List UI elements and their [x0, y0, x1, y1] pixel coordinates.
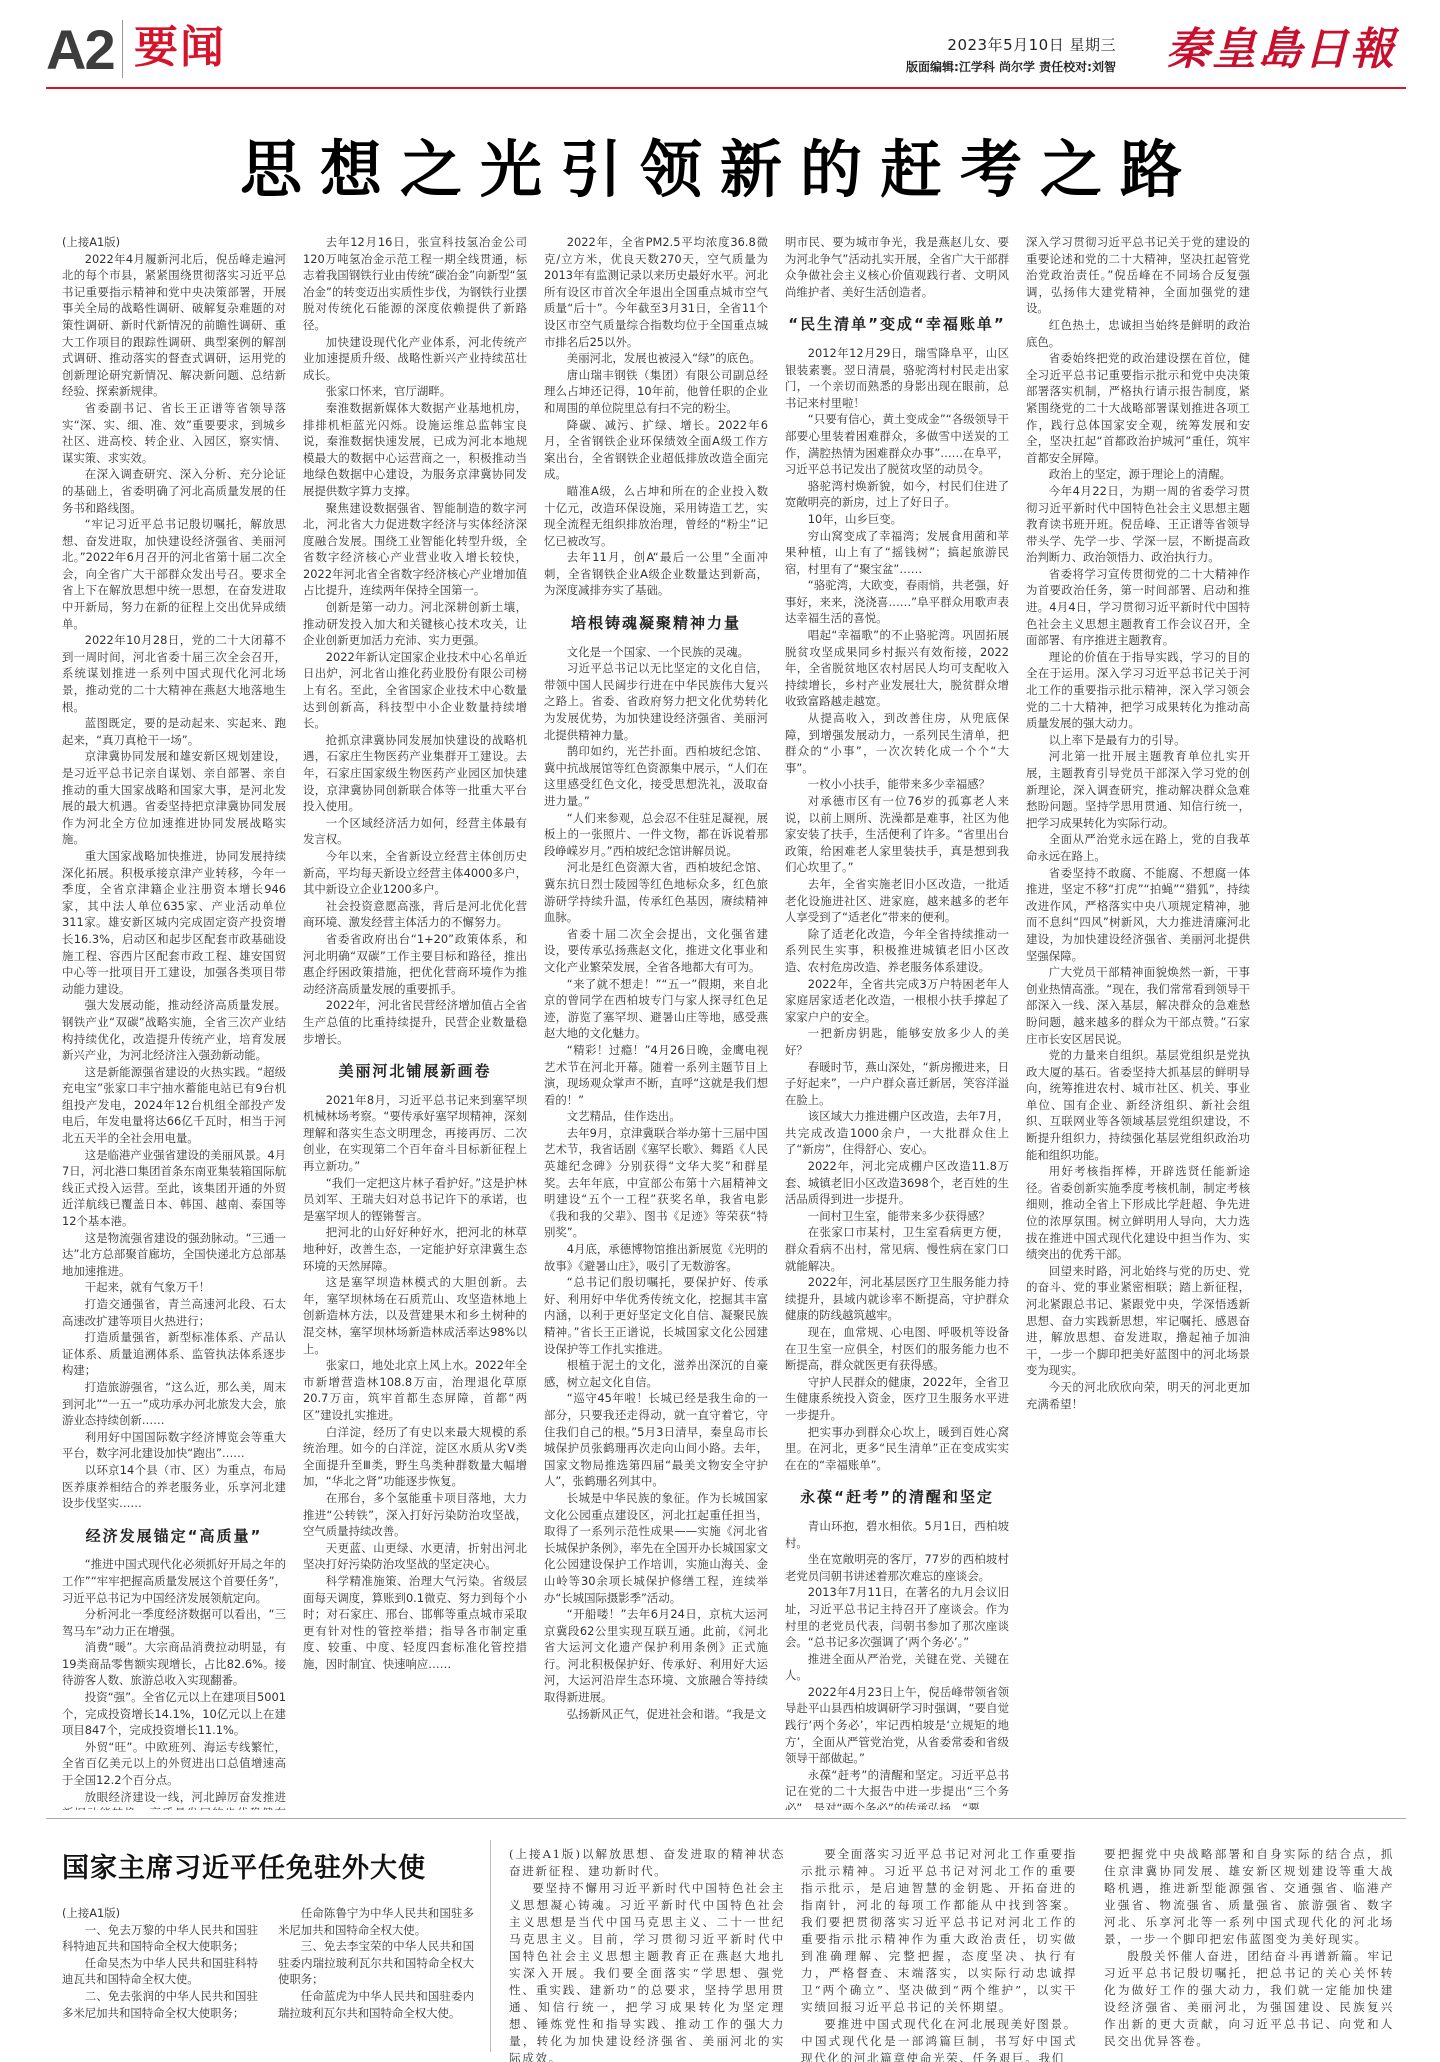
article-paragraph: 习近平总书记以无比坚定的文化自信，带领中国人民阔步行进在中华民族伟大复兴之路上。… [544, 660, 768, 743]
article-paragraph: 去年9月，京津冀联合举办第十三届中国艺术节，我省话剧《塞罕长歌》、舞蹈《人民英雄… [544, 1125, 768, 1241]
article-paragraph: 政治上的坚定，源于理论上的清醒。 [1026, 466, 1250, 483]
article-paragraph: 在邢台，多个氢能重卡项目落地，大力推进“公转铁”，深入打好污染防治攻坚战，空气质… [303, 1490, 527, 1540]
article-paragraph: 在深入调查研究、深入分析、充分论证的基础上，省委明确了河北高质量发展的任务书和路… [62, 466, 286, 516]
article-paragraph: 分析河北一季度经济数据可以看出，“三驾马车”动力正在增强。 [62, 1606, 286, 1639]
section-divider [46, 1818, 1406, 1819]
article-paragraph: 任命吴杰为中华人民共和国驻科特迪瓦共和国特命全权大使。 [62, 1955, 258, 1988]
article-paragraph: 河北是红色资源大省，西柏坡纪念馆、冀东抗日烈士陵园等红色地标众多，红色旅游研学持… [544, 859, 768, 925]
article-paragraph: 消费“暖”。大宗商品消费拉动明显，有19类商品零售额实现增长，占比82.6%。接… [62, 1639, 286, 1689]
article-paragraph: 蓝图既定，要的是动起来、实起来、跑起来，“真刀真枪干一场”。 [62, 715, 286, 748]
article-paragraph: 2022年新认定国家企业技术中心名单近日出炉，河北省山推化药业股份有限公司榜上有… [303, 649, 527, 732]
article-paragraph: 这是临港产业强省建设的美丽风景。4月7日，河北港口集团首条东南亚集装箱国际航线正… [62, 1147, 286, 1230]
article-paragraph: 瞄准A级，么占坤和所在的企业投入数十亿元，改造环保设施，采用铸造工艺，实现全流程… [544, 483, 768, 549]
article-paragraph: 用好考核指挥棒，开辟选贤任能新途径。省委创新实施季度考核机制，制定考核细则，推动… [1026, 1163, 1250, 1263]
article-paragraph: 今年以来，全省新设立经营主体创历史新高，平均每天新设立经营主体4000多户，其中… [303, 848, 527, 898]
article-paragraph: 2022年，河北基层医疗卫生服务能力持续提升，县域内就诊率不断提高，守护群众健康… [785, 1274, 1009, 1324]
article-paragraph: 要把握党中央战略部署和自身实际的结合点，抓住京津冀协同发展、雄安新区规划建设等重… [1104, 1846, 1394, 1948]
main-article-body: (上接A1版)2022年4月履新河北后，倪岳峰走遍河北的每个市县，紧紧围绕贯彻落… [62, 234, 1250, 1810]
editor-credits: 版面编辑:江学科 尚尔学 责任校对:刘智 [906, 58, 1116, 75]
article-paragraph: 从提高收入，到改善住房，从兜底保障，到增强发展动力，一系列民生清单，把群众的“小… [785, 710, 1009, 776]
article-paragraph: 重大国家战略加快推进，协同发展持续深化拓展。积极承接京津产业转移，今年一季度，全… [62, 848, 286, 997]
article-paragraph: 加快建设现代化产业体系，河北传统产业加速提质升级、战略性新兴产业持续茁壮成长。 [303, 334, 527, 384]
article-paragraph: 弘扬新风正气，促进社会和谐。“我是文 [544, 1706, 768, 1723]
section-subheading: 永葆“赶考”的清醒和坚定 [785, 1489, 1009, 1506]
article-paragraph: 干起来，就有气象万千！ [62, 1279, 286, 1296]
article-paragraph: 张家口，地处北京上风上水。2022年全市新增营造林108.8万亩，治理退化草原2… [303, 1357, 527, 1423]
article-paragraph: 利用好中国国际数字经济博览会等重大平台，数字河北建设加快“跑出”…… [62, 1429, 286, 1462]
article-paragraph: “精彩！过瘾！”4月26日晚，金鹰电视艺术节在河北开幕。随着一系列主题节目上演，… [544, 1042, 768, 1108]
article-paragraph: 河北第一批开展主题教育单位扎实开展，主题教育引导党员干部深入学习党的创新理论，深… [1026, 748, 1250, 831]
article-paragraph: 根植于泥土的文化，滋养出深沉的自豪感，树立起文化自信。 [544, 1357, 768, 1390]
article-paragraph: 外贸“旺”。中欧班列、海运专线繁忙，全省百亿美元以上的外贸进出口总值增速高于全国… [62, 1739, 286, 1789]
article-paragraph: 省委坚持不敢腐、不能腐、不想腐一体推进，坚定不移“打虎”“拍蝇”“猎狐”，持续改… [1026, 865, 1250, 965]
article-paragraph: “巡守45年啦！长城已经是我生命的一部分，只要我还走得动，就一直守着它，守住我们… [544, 1390, 768, 1490]
article-paragraph: “开船喽！”去年6月24日，京杭大运河京冀段62公里实现互联互通。此前，《河北省… [544, 1606, 768, 1706]
article-paragraph: 三、免去李宝荣的中华人民共和国驻委内瑞拉玻利瓦尔共和国特命全权大使职务； [278, 1938, 474, 1988]
article-paragraph: 去年11月，创A“最后一公里”全面冲刺，全省钢铁企业A级企业数量达到新高，为深度… [544, 549, 768, 599]
article-paragraph: 青山环抱，碧水相依。5月1日，西柏坡村。 [785, 1518, 1009, 1551]
article-paragraph: 以上率下是最有力的引导。 [1026, 732, 1250, 749]
section-subheading: “民生清单”变成“幸福账单” [785, 316, 1009, 333]
article-paragraph: 推进全面从严治党，关键在党、关键在人。 [785, 1651, 1009, 1684]
article-paragraph: 任命陈鲁宁为中华人民共和国驻多米尼加共和国特命全权大使。 [278, 1905, 474, 1938]
article-paragraph: 骆驼湾村焕新貌，如今，村民们住进了宽敞明亮的新房，过上了好日子。 [785, 478, 1009, 511]
article-column-2: 去年12月16日，张宣科技氢冶金公司120万吨氢冶金示范工程一期全线贯通，标志着… [303, 234, 527, 1810]
masthead: A2 要闻 2023年5月10日 星期三 版面编辑:江学科 尚尔学 责任校对:刘… [46, 0, 1406, 90]
article-paragraph: 2022年，河北完成棚户区改造11.8万套、城镇老旧小区改造3698个，老百姓的… [785, 1158, 1009, 1208]
article-paragraph: 天更蓝、山更绿、水更清，折射出河北坚决打好污染防治攻坚战的坚定决心。 [303, 1540, 527, 1573]
article-column-5: 深入学习贯彻习近平总书记关于党的建设的重要论述和党的二十大精神，坚决扛起管党治党… [1026, 234, 1250, 1810]
article-paragraph: 白洋淀，经历了有史以来最大规模的系统治理。如今的白洋淀，淀区水质从劣Ⅴ类全面提升… [303, 1424, 527, 1490]
issue-date: 2023年5月10日 星期三 [947, 34, 1116, 55]
article-paragraph: 这是物流强省建设的强劲脉动。“三通一达”北方总部聚首廊坊，全国快递北方总部基地加… [62, 1230, 286, 1280]
article-paragraph: 永葆“赶考”的清醒和坚定。习近平总书记在党的二十大报告中进一步提出“三个务必”，… [785, 1767, 1009, 1810]
article-paragraph: 放眼经济建设一线，河北踔厉奋发推进新旧动能转换，高质量发展的步伐稳健有力。 [62, 1789, 286, 1810]
article-paragraph: 投资“强”。全省亿元以上在建项目5001个，完成投资增长14.1%，10亿元以上… [62, 1689, 286, 1739]
article-paragraph: 打造旅游强省，“这么近，那么美，周末到河北”“一五一”成功承办河北旅发大会，旅游… [62, 1379, 286, 1429]
ambassador-column-2: 任命陈鲁宁为中华人民共和国驻多米尼加共和国特命全权大使。三、免去李宝荣的中华人民… [278, 1905, 474, 2021]
article-paragraph: 一、免去万黎的中华人民共和国驻科特迪瓦共和国特命全权大使职务； [62, 1922, 258, 1955]
article-paragraph: 省委将学习宣传贯彻党的二十大精神作为首要政治任务，第一时间部署、启动和推进。4月… [1026, 566, 1250, 649]
article-paragraph: 美丽河北，发展也被浸入“绿”的底色。 [544, 350, 768, 367]
article-paragraph: “人们来参观，总会忍不住驻足凝视，展板上的一张照片、一件文物，都在诉说着那段峥嵘… [544, 810, 768, 860]
article-paragraph: 这是塞罕坝造林模式的大胆创新。去年，塞罕坝林场在石质荒山、攻坚造林地上创新造林方… [303, 1274, 527, 1357]
article-paragraph: 张家口怀来，官厅湖畔。 [303, 383, 527, 400]
ambassador-column-1: (上接A1版)一、免去万黎的中华人民共和国驻科特迪瓦共和国特命全权大使职务；任命… [62, 1905, 258, 2021]
article-paragraph: 鹊印如约，光芒扑面。西柏坡纪念馆、冀中抗战展馆等红色资源集中展示，“人们在这里感… [544, 743, 768, 809]
article-paragraph: 一间村卫生室，能带来多少获得感？ [785, 1208, 1009, 1225]
article-paragraph: “只要有信心，黄土变成金”“各级领导干部要心里装着困难群众，多做雪中送炭的工作，… [785, 411, 1009, 477]
article-paragraph: 把实事办到群众心坎上，暖到百姓心窝里。在河北，更多“民生清单”正在变成实实在在的… [785, 1424, 1009, 1474]
article-paragraph: 明市民、要为城市争光，我是燕赵儿女、要为河北争气”活动扎实开展，全省广大干部群众… [785, 234, 1009, 300]
article-paragraph: 省委十届二次全会提出，文化强省建设，要传承弘扬燕赵文化，推进文化事业和文化产业繁… [544, 926, 768, 976]
article-paragraph: 该区域大力推进棚户区改造，去年7月，共完成改造1000余户，一大批群众住上了“新… [785, 1108, 1009, 1158]
article-paragraph: 2022年4月履新河北后，倪岳峰走遍河北的每个市县，紧紧围绕贯彻落实习近平总书记… [62, 251, 286, 400]
article-paragraph: 强大发展动能，推动经济高质量发展。钢铁产业“双碳”战略实施，全省三次产业结构持续… [62, 997, 286, 1063]
commentary-column-1: (上接A1版)以解放思想、奋发进取的精神状态奋进新征程、建功新时代。要坚持不懈用… [509, 1846, 785, 2062]
article-paragraph: 对承德市区有一位76岁的孤寡老人来说，以前上厕所、洗澡都是难事，社区为他家安装了… [785, 793, 1009, 876]
article-paragraph: “来了就不想走！”“五一”假期，来自北京的曾同学在西柏坡专门与家人探寻红色足迹，… [544, 976, 768, 1042]
article-paragraph: 红色热土，忠诚担当始终是鲜明的政治底色。 [1026, 317, 1250, 350]
article-paragraph: 要坚持不懈用习近平新时代中国特色社会主义思想凝心铸魂。习近平新时代中国特色社会主… [509, 1880, 785, 2062]
article-paragraph: 回望来时路，河北始终与党的历史、党的奋斗、党的事业紧密相联；踏上新征程，河北紧跟… [1026, 1263, 1250, 1379]
newspaper-logo: 秦皇島日報 [1166, 28, 1396, 72]
article-paragraph: 以环京14个县（市、区）为重点，布局医养康养相结合的养老服务业，乐享河北建设步伐… [62, 1462, 286, 1512]
article-paragraph: 春暖时节，燕山深处，“新房搬进来，日子好起来”，一户户群众喜迁新居，笑容洋溢在脸… [785, 1059, 1009, 1109]
article-paragraph: “我们一定把这片林子看护好。”这是护林员刘军、王瑞夫妇对总书记许下的承诺，也是塞… [303, 1175, 527, 1225]
article-paragraph: 2022年10月28日，党的二十大闭幕不到一周时间，河北省委十届三次全会召开，系… [62, 632, 286, 715]
commentary-column-2: 要全面落实习近平总书记对河北工作重要指示批示精神。习近平总书记对河北工作的重要指… [801, 1846, 1077, 2062]
article-paragraph: 这是新能源强省建设的火热实践。“超级充电宝”张家口丰宁抽水蓄能电站已有9台机组投… [62, 1064, 286, 1147]
article-paragraph: 秦淮数据新媒体大数据产业基地机房，排排机柜蓝光闪烁。设施运维总监韩宝良说，秦淮数… [303, 400, 527, 500]
article-paragraph: 今年4月22日，为期一周的省委学习贯彻习近平新时代中国特色社会主义思想主题教育读… [1026, 483, 1250, 566]
article-paragraph: 在张家口市某村，卫生室看病更方便，群众看病不出村，常见病、慢性病在家门口就能解决… [785, 1224, 1009, 1274]
article-paragraph: 一个区域经济活力如何，经营主体最有发言权。 [303, 815, 527, 848]
article-paragraph: 2022年，全省共完成3万户特困老年人家庭居家适老化改造，一根根小扶手撑起了家家… [785, 976, 1009, 1026]
article-paragraph: (上接A1版) [62, 234, 286, 251]
article-paragraph: 今天的河北欣欣向荣，明天的河北更加充满希望！ [1026, 1379, 1250, 1412]
article-paragraph: 抢抓京津冀协同发展加快建设的战略机遇，石家庄生物医药产业集群开工建设。去年，石家… [303, 732, 527, 815]
article-paragraph: 广大党员干部精神面貌焕然一新，干事创业热情高涨。“现在，我们常常看到领导干部深入… [1026, 964, 1250, 1047]
article-paragraph: 穷山窝变成了幸福湾；发展食用菌和苹果种植，山上有了“摇钱树”；搞起旅游民宿，村里… [785, 528, 1009, 578]
main-headline: 思想之光引领新的赶考之路 [0, 133, 1440, 207]
section-name: 要闻 [134, 22, 226, 75]
masthead-divider [122, 20, 123, 78]
article-paragraph: 一枚小小扶手，能带来多少幸福感？ [785, 776, 1009, 793]
article-paragraph: 一把新房钥匙，能够安放多少人的美好？ [785, 1025, 1009, 1058]
article-paragraph: 除了适老化改造，今年全省持续推动一系列民生实事，积极推进城镇老旧小区改造、农村危… [785, 926, 1009, 976]
article-paragraph: 长城是中华民族的象征。作为长城国家文化公园重点建设区，河北扛起重任担当，取得了一… [544, 1490, 768, 1606]
article-column-1: (上接A1版)2022年4月履新河北后，倪岳峰走遍河北的每个市县，紧紧围绕贯彻落… [62, 234, 286, 1810]
article-paragraph: 聚焦建设数据强省、智能制造的数字河北，河北省大力促进数字经济与实体经济深度融合发… [303, 500, 527, 600]
article-paragraph: 全面从严治党永远在路上，党的自我革命永远在路上。 [1026, 831, 1250, 864]
article-paragraph: 打造质量强省，新型标准体系、产品认证体系、质量追溯体系、监管执法体系逐步构建； [62, 1329, 286, 1379]
article-paragraph: 去年12月16日，张宣科技氢冶金公司120万吨氢冶金示范工程一期全线贯通，标志着… [303, 234, 527, 334]
article-paragraph: 文艺精品，佳作迭出。 [544, 1108, 768, 1125]
section-subheading: 培根铸魂凝聚精神力量 [544, 615, 768, 632]
article-paragraph: 理论的价值在于指导实践，学习的目的全在于运用。深入学习习近平总书记关于河北工作的… [1026, 649, 1250, 732]
article-paragraph: 2022年，河北省民营经济增加值占全省生产总值的比重持续提升，民营企业数量稳步增… [303, 997, 527, 1047]
article-paragraph: 守护人民群众的健康，2022年，全省卫生健康系统投入资金，医疗卫生服务水平进一步… [785, 1374, 1009, 1424]
article-paragraph: 深入学习贯彻习近平总书记关于党的建设的重要论述和党的二十大精神，坚决扛起管党治党… [1026, 234, 1250, 317]
article-paragraph: 要推进中国式现代化在河北展现美好图景。中国式现代化是一部鸿篇巨制，书写好中国式现… [801, 2016, 1077, 2062]
article-paragraph: 4月底，承德博物馆推出新展览《光明的故事》《避暑山庄》，吸引了无数游客。 [544, 1241, 768, 1274]
article-paragraph: 省委省政府出台“1+20”政策体系，和河北明确“双碳”工作主要目标和路径，推出惠… [303, 931, 527, 997]
article-paragraph: 2022年，全省PM2.5平均浓度36.8微克/立方米，优良天数270天，空气质… [544, 234, 768, 350]
section-subheading: 经济发展锚定“高质量” [62, 1528, 286, 1545]
article-paragraph: 唱起“幸福歌”的不止骆驼湾。巩固拓展脱贫攻坚成果同乡村振兴有效衔接，2022年，… [785, 627, 1009, 710]
commentary-column-3: 要把握党中央战略部署和自身实际的结合点，抓住京津冀协同发展、雄安新区规划建设等重… [1104, 1846, 1394, 2050]
article-paragraph: 去年，全省实施老旧小区改造，一批适老化设施进社区、进家庭，越来越多的老年人享受到… [785, 876, 1009, 926]
column-divider [490, 1840, 491, 2052]
article-paragraph: 任命蓝虎为中华人民共和国驻委内瑞拉玻利瓦尔共和国特命全权大使。 [278, 1988, 474, 2021]
article-paragraph: 创新是第一动力。河北深耕创新土壤，推动研发投入加大和关键核心技术攻关，让企业创新… [303, 599, 527, 649]
article-paragraph: 2021年8月，习近平总书记来到塞罕坝机械林场考察。“要传承好塞罕坝精神，深刻理… [303, 1092, 527, 1175]
article-paragraph: 省委始终把党的政治建设摆在首位，健全习近平总书记重要指示批示和党中央决策部署落实… [1026, 350, 1250, 466]
article-paragraph: 文化是一个国家、一个民族的灵魂。 [544, 644, 768, 661]
page-number: A2 [46, 22, 114, 78]
article-paragraph: 坐在宽敞明亮的客厅，77岁的西柏坡村老党员闫朝书讲述着那次难忘的座谈会。 [785, 1551, 1009, 1584]
article-paragraph: 2022年4月23日上午，倪岳峰带领省领导赴平山县西柏坡调研学习时强调，“要自觉… [785, 1684, 1009, 1767]
article-paragraph: (上接A1版) [62, 1905, 258, 1922]
article-paragraph: 唐山瑞丰钢铁（集团）有限公司副总经理么占坤还记得，10年前，他曾任职的企业和周围… [544, 367, 768, 417]
article-paragraph: 2013年7月11日，在著名的九月会议旧址，习近平总书记主持召开了座谈会。作为村… [785, 1584, 1009, 1650]
article-paragraph: 把河北的山好好种好水，把河北的林草地种好，改善生态，一定能护好京津冀生态环境的天… [303, 1224, 527, 1274]
ambassador-article-title: 国家主席习近平任免驻外大使 [62, 1846, 426, 1885]
section-subheading: 美丽河北铺展新画卷 [303, 1063, 527, 1080]
article-column-3: 2022年，全省PM2.5平均浓度36.8微克/立方米，优良天数270天，空气质… [544, 234, 768, 1810]
article-paragraph: “骆驼湾，大欧变，春雨悄，共老强，好事好，来来，浇浇喜……”阜平群众用歌声表达幸… [785, 577, 1009, 627]
article-paragraph: (上接A1版)以解放思想、奋发进取的精神状态奋进新征程、建功新时代。 [509, 1846, 785, 1880]
article-paragraph: 降碳、减污、扩绿、增长。2022年6月，全省钢铁企业环保绩效全面A级工作方案出台… [544, 417, 768, 483]
article-paragraph: 京津冀协同发展和雄安新区规划建设，是习近平总书记亲自谋划、亲自部署、亲自推动的重… [62, 748, 286, 848]
header-rule [46, 87, 1406, 89]
article-paragraph: 二、免去张润的中华人民共和国驻多米尼加共和国特命全权大使职务； [62, 1988, 258, 2021]
article-paragraph: 党的力量来自组织。基层党组织是党执政大厦的基石。省委坚持大抓基层的鲜明导向，统筹… [1026, 1047, 1250, 1163]
article-paragraph: 社会投资意愿高涨，背后是河北优化营商环境、激发经营主体活力的不懈努力。 [303, 898, 527, 931]
article-paragraph: 要全面落实习近平总书记对河北工作重要指示批示精神。习近平总书记对河北工作的重要指… [801, 1846, 1077, 2016]
article-paragraph: “总书记们殷切嘱托，要保护好、传承好、利用好中华优秀传统文化，挖掘其丰富内涵，以… [544, 1274, 768, 1357]
article-paragraph: 2012年12月29日，瑞雪降阜平，山区银装素裹。翌日清晨，骆驼湾村村民走出家门… [785, 345, 1009, 411]
article-paragraph: “推进中国式现代化必须抓好开局之年的工作”“牢牢把握高质量发展这个首要任务”，习… [62, 1556, 286, 1606]
article-paragraph: 省委副书记、省长王正谱等省领导落实“深、实、细、准、效”重要要求，到城乡社区、进… [62, 400, 286, 466]
article-paragraph: “牢记习近平总书记殷切嘱托，解放思想、奋发进取，加快建设经济强省、美丽河北。”2… [62, 516, 286, 632]
article-paragraph: 打造交通强省，青兰高速河北段、石太高速改扩建等项目火热进行； [62, 1296, 286, 1329]
article-paragraph: 10年，山乡巨变。 [785, 511, 1009, 528]
article-paragraph: 殷殷关怀催人奋进，团结奋斗再谱新篇。牢记习近平总书记殷切嘱托，把总书记的关心关怀… [1104, 1948, 1394, 2050]
article-paragraph: 现在，血常规、心电图、呼吸机等设备在卫生室一应俱全，村医们的服务能力也不断提高，… [785, 1324, 1009, 1374]
article-column-4: 明市民、要为城市争光，我是燕赵儿女、要为河北争气”活动扎实开展，全省广大干部群众… [785, 234, 1009, 1810]
article-paragraph: 科学精准施策、治理大气污染。省级层面每天调度，算账到0.1微克、努力到每个小时；… [303, 1573, 527, 1673]
